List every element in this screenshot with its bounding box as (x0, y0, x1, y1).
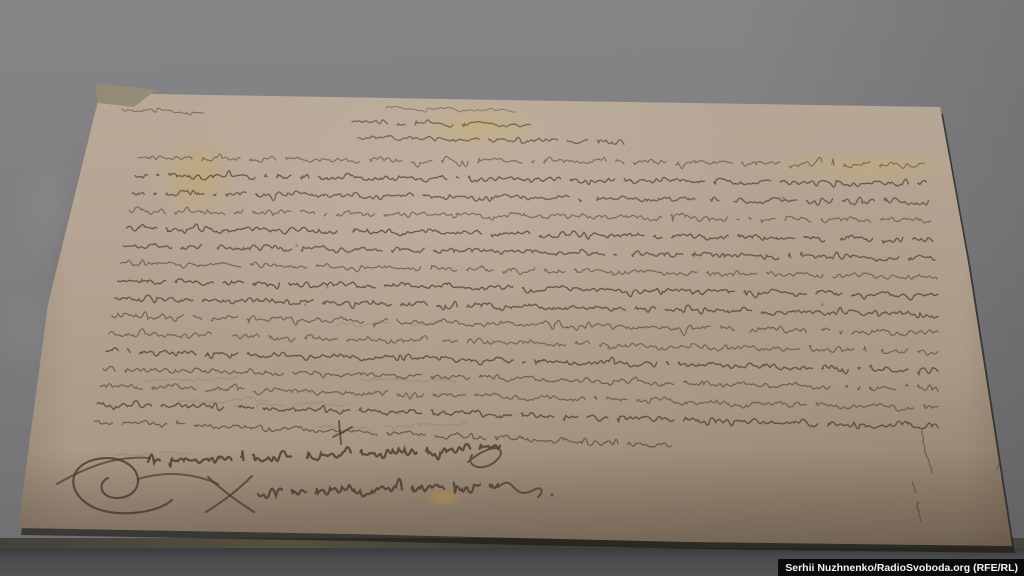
heading-script (122, 106, 624, 144)
handwriting-layer (0, 0, 1024, 576)
photo-of-manuscript: Serhii Nuzhnenko/RadioSvoboda.org (RFE/R… (0, 0, 1024, 576)
bleed-marks (115, 196, 824, 455)
photo-credit-text: Serhii Nuzhnenko/RadioSvoboda.org (RFE/R… (785, 562, 1018, 574)
photo-credit-watermark: Serhii Nuzhnenko/RadioSvoboda.org (RFE/R… (778, 559, 1024, 576)
archival-note-script (911, 430, 1000, 521)
signature-script (57, 421, 554, 513)
